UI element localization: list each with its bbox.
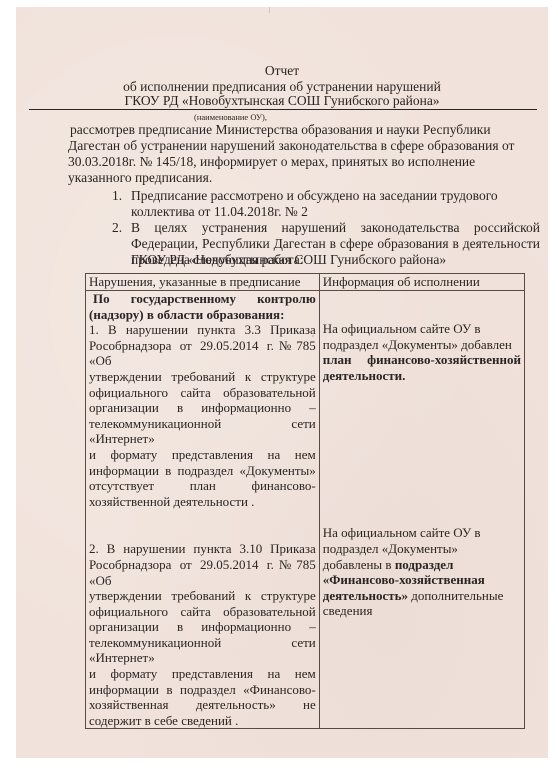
execution-info-1: На официальном сайте ОУ в подраздел «Док… xyxy=(323,321,521,383)
violation-cell: По государственному контролю (надзору) в… xyxy=(86,291,320,729)
info-text: дополнительные xyxy=(408,588,503,603)
info-text: добавлены в xyxy=(323,557,395,572)
violation-text: 1. В нарушении пункта 3.3 Приказа Рособр… xyxy=(89,322,316,509)
section-heading-line: (надзору) в области образования: xyxy=(89,307,316,323)
scan-speck xyxy=(269,7,270,13)
intro-line: указанного предписания. xyxy=(68,170,538,186)
violation-line: 1. В нарушении пункта 3.3 Приказа xyxy=(89,322,316,338)
list-item-line: Федерации, Республики Дагестан в сфере о… xyxy=(131,236,540,252)
list-item-line: В целях устранения нарушений законодател… xyxy=(131,220,540,236)
table-row: По государственному контролю (надзору) в… xyxy=(86,291,525,729)
section-heading-line: По государственному контролю xyxy=(89,291,316,307)
cell-spacer xyxy=(323,383,521,525)
violation-text: 2. В нарушении пункта 3.10 Приказа Рособ… xyxy=(89,541,316,728)
violation-line: информации в подраздел «Финансово- xyxy=(89,682,316,698)
violation-line: организации в информационно – xyxy=(89,619,316,635)
list-item-line: коллектива от 11.04.2018г. № 2 xyxy=(131,204,540,220)
intro-paragraph: рассмотрев предписание Министерства обра… xyxy=(68,122,538,186)
intro-line: 30.03.2018г. № 145/18, информирует о мер… xyxy=(68,154,538,170)
list-item: 1. Предписание рассмотрено и обсуждено н… xyxy=(112,188,540,220)
info-line: подраздел «Документы» добавлен xyxy=(323,337,521,353)
info-line: деятельность» дополнительные xyxy=(323,588,521,604)
violation-line: содержит в себе сведений . xyxy=(89,713,316,729)
execution-info-2: На официальном сайте ОУ в подраздел «Док… xyxy=(323,525,521,619)
info-line: сведения xyxy=(323,603,521,619)
info-text-bold: деятельность» xyxy=(323,588,408,603)
violation-line: Рособрнадзора от 29.05.2014 г.№785 «Об xyxy=(89,557,316,588)
violation-line: телекоммуникационной сети «Интернет» xyxy=(89,635,316,666)
section-heading: По государственному контролю (надзору) в… xyxy=(89,291,316,322)
scanned-page: Отчет об исполнении предписания об устра… xyxy=(16,7,548,758)
header-violations: Нарушения, указанные в предписание xyxy=(86,274,320,291)
organization-name: ГКОУ РД «Новобухтынская СОШ Гунибского р… xyxy=(16,93,548,109)
document-title: Отчет xyxy=(16,63,548,79)
violation-line: организации в информационно – xyxy=(89,400,316,416)
info-line-bold: деятельности. xyxy=(323,368,521,384)
list-item-line: Предписание рассмотрено и обсуждено на з… xyxy=(131,188,540,204)
lead-in-text: проведена следующая работа: xyxy=(131,252,304,268)
intro-line: Дагестан об устранении нарушений законод… xyxy=(68,138,538,154)
header-execution-info: Информация об исполнении xyxy=(319,274,524,291)
violation-line: телекоммуникационной сети «Интернет» xyxy=(89,416,316,447)
row-gap xyxy=(89,509,316,525)
info-line: подраздел «Документы» xyxy=(323,541,521,557)
violation-line: отсутствует план финансово- xyxy=(89,478,316,494)
violation-line: Рособрнадзора от 29.05.2014 г.№785 «Об xyxy=(89,338,316,369)
info-line-bold: «Финансово-хозяйственная xyxy=(323,572,521,588)
info-line: На официальном сайте ОУ в xyxy=(323,525,521,541)
violation-line: официального сайта образовательной xyxy=(89,604,316,620)
violation-line: утверждении требований к структуре xyxy=(89,588,316,604)
info-line-bold: план финансово-хозяйственной xyxy=(323,352,521,368)
violations-table: Нарушения, указанные в предписание Инфор… xyxy=(85,273,525,729)
violation-line: информации в подраздел «Документы» xyxy=(89,463,316,479)
cell-spacer xyxy=(323,291,521,321)
list-item-number: 2. xyxy=(112,220,122,236)
info-text-bold: подраздел xyxy=(395,557,454,572)
violation-line: и формату представления на нем xyxy=(89,447,316,463)
list-item-number: 1. xyxy=(112,188,122,204)
execution-info-cell: На официальном сайте ОУ в подраздел «Док… xyxy=(319,291,524,729)
intro-line: рассмотрев предписание Министерства обра… xyxy=(68,122,538,138)
underline-rule xyxy=(29,109,537,110)
table-header-row: Нарушения, указанные в предписание Инфор… xyxy=(86,274,525,291)
scan-speck xyxy=(312,335,314,337)
row-gap xyxy=(89,525,316,541)
violation-line: хозяйственной деятельности . xyxy=(89,494,316,510)
violation-line: утверждении требований к структуре xyxy=(89,369,316,385)
info-line: добавлены в подраздел xyxy=(323,557,521,573)
organization-caption: (наименование ОУ), xyxy=(194,112,267,122)
violation-line: официального сайта образовательной xyxy=(89,385,316,401)
violation-line: 2. В нарушении пункта 3.10 Приказа xyxy=(89,541,316,557)
violation-line: хозяйственная деятельность» не xyxy=(89,697,316,713)
violation-line: и формату представления на нем xyxy=(89,666,316,682)
info-line: На официальном сайте ОУ в xyxy=(323,321,521,337)
